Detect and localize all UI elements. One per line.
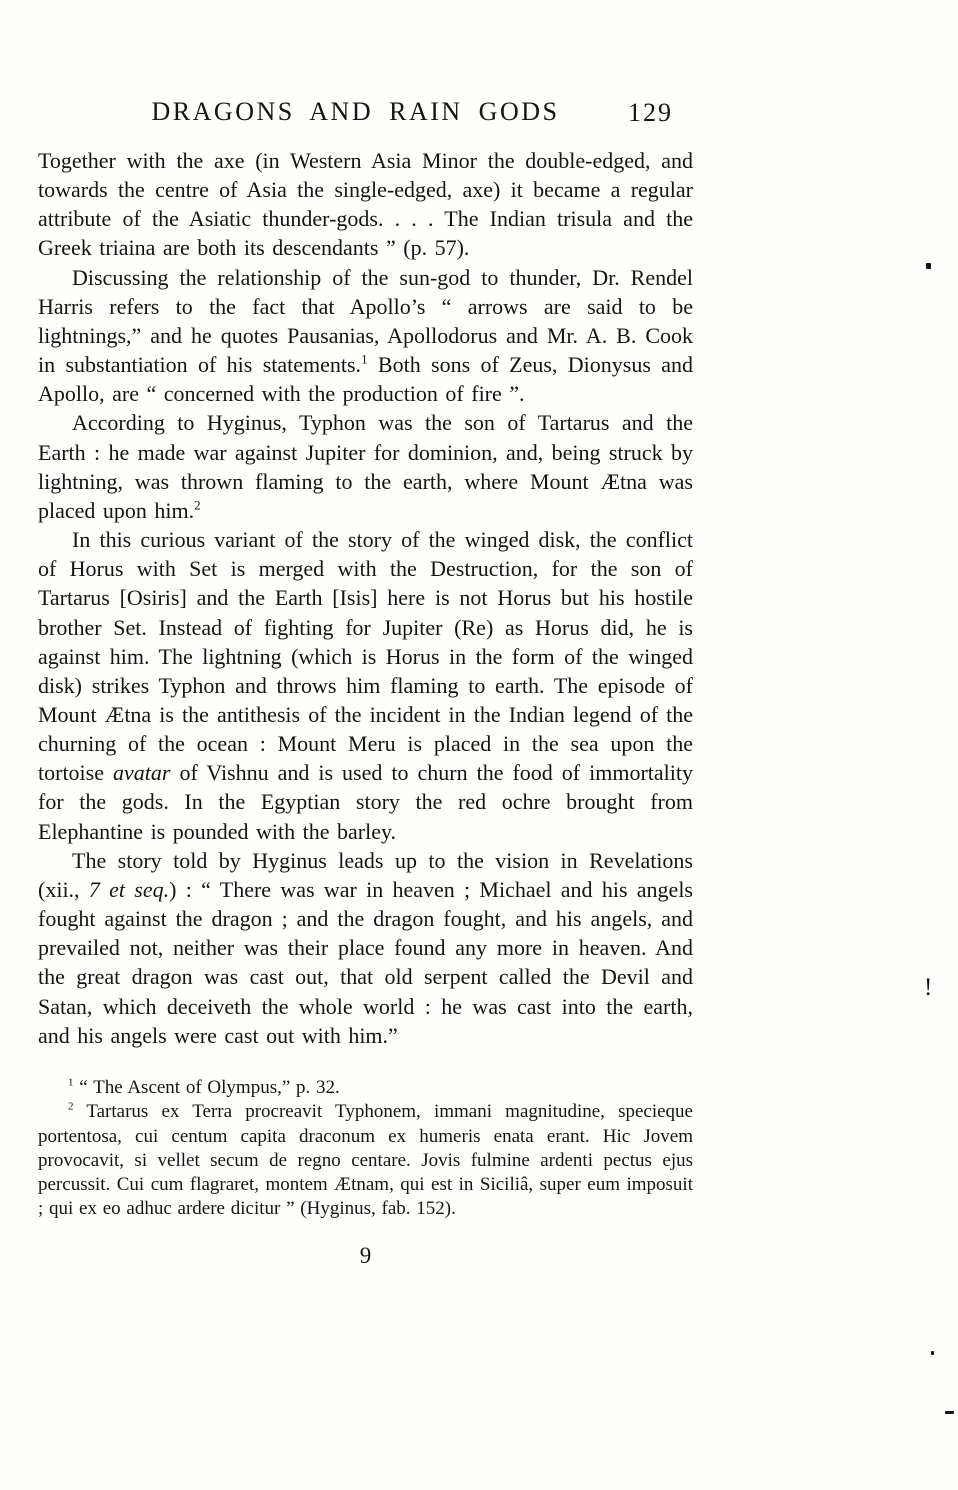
scan-speck	[931, 1351, 934, 1355]
paragraph-4-italic: avatar	[113, 760, 170, 785]
paragraph-5: The story told by Hyginus leads up to th…	[38, 846, 693, 1050]
footnote-2: 2 Tartarus ex Terra procreavit Typhonem,…	[38, 1100, 693, 1221]
scan-mark-exclamation: !	[924, 974, 932, 1002]
footnote-2-text: Tartarus ex Terra procreavit Typhonem, i…	[38, 1101, 693, 1219]
page-number-top: 129	[628, 98, 673, 128]
page-header: DRAGONS AND RAIN GODS 129	[38, 97, 693, 133]
running-title: DRAGONS AND RAIN GODS	[28, 97, 683, 127]
scanned-book-page: DRAGONS AND RAIN GODS 129 Together with …	[0, 0, 958, 1490]
footnote-1: 1 “ The Ascent of Olympus,” p. 32.	[38, 1076, 693, 1100]
paragraph-3-text: According to Hyginus, Typhon was the son…	[38, 410, 693, 522]
paragraph-5-italic: 7 et seq.	[89, 877, 169, 902]
footnotes: 1 “ The Ascent of Olympus,” p. 32. 2 Tar…	[38, 1076, 693, 1222]
paragraph-2: Discussing the relationship of the sun-g…	[38, 263, 693, 409]
paragraph-5-text-cont: ) : “ There was war in heaven ; Michael …	[38, 877, 693, 1048]
scan-speck	[926, 263, 931, 269]
paragraph-4-text: In this curious variant of the story of …	[38, 527, 693, 785]
footnote-ref-2: 2	[194, 498, 201, 513]
scan-speck	[945, 1411, 954, 1414]
page-number-bottom: 9	[38, 1243, 693, 1269]
paragraph-3: According to Hyginus, Typhon was the son…	[38, 408, 693, 525]
body-text: Together with the axe (in Western Asia M…	[38, 146, 693, 1050]
paragraph-1-text: Together with the axe (in Western Asia M…	[38, 148, 693, 260]
paragraph-1: Together with the axe (in Western Asia M…	[38, 146, 693, 263]
paragraph-4: In this curious variant of the story of …	[38, 525, 693, 846]
footnote-1-text: “ The Ascent of Olympus,” p. 32.	[74, 1077, 340, 1098]
